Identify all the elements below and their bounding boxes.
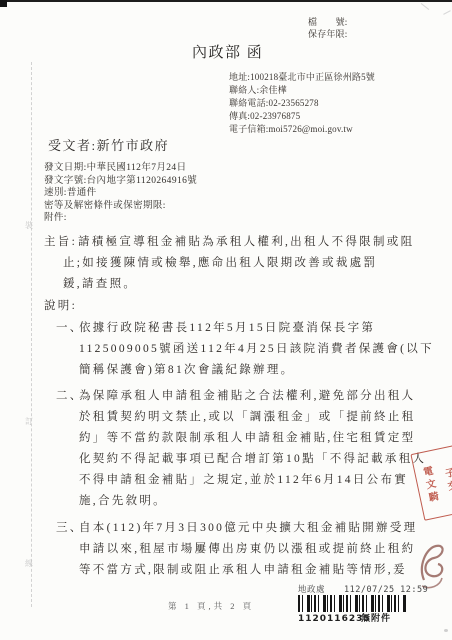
binding-mark-zhuang: 裝 (25, 220, 33, 231)
retention-period-label: 保存年限: (308, 29, 348, 39)
item-line: 等不當方式,限制或阻止承租人申請租金補貼等情形,爰 (79, 564, 407, 577)
stamp-text-column: 電文騎 (420, 465, 438, 505)
binding-fold-line (31, 62, 32, 607)
document-title: 內政部 函 (192, 45, 263, 62)
subject-line: 鍰,請查照。 (63, 278, 137, 291)
tracking-barcode (298, 595, 406, 612)
item-line: 化契約不得記載事項已配合增訂第10點「不得記載承租人 (79, 453, 426, 466)
item-line: 施,合先敘明。 (79, 495, 167, 508)
explanation-label: 說明: (44, 300, 77, 313)
recipient-line: 受文者:新竹市政府 (48, 139, 169, 154)
item-line: 依據行政院秘書長112年5月15日院臺消保長字第 (79, 322, 375, 335)
attachment-status: 無附件 (361, 614, 391, 624)
sender-contact-person: 聯絡人:余佳樺 (229, 85, 287, 95)
stamp-text-column: 子交 (442, 467, 452, 495)
pencil-mark (421, 3, 429, 10)
item-line: 自本(112)年7月3日300億元中央擴大租金補貼開辦受理 (79, 522, 417, 535)
electronic-document-seam-stamp: 子交 電文騎 (410, 445, 452, 521)
page-number-info: 第 1 頁,共 2 頁 (168, 602, 254, 612)
sender-fax: 傳真:02-23976875 (229, 111, 300, 121)
archive-file-no-label: 檔 號: (308, 17, 348, 27)
scan-corner-artifact (0, 0, 7, 7)
sender-phone: 聯絡電話:02-23565278 (229, 98, 319, 108)
pencil-mark (443, 10, 451, 15)
subject-line: 請積極宣導租金補貼為承租人權利,出租人不得限制或阻 (78, 236, 414, 249)
sender-email: 電子信箱:moi5726@moi.gov.tw (229, 124, 353, 134)
item-line: 於租賃契約明文禁止,或以「調漲租金」或「提前終止租 (79, 411, 415, 424)
sender-address: 地址:100218臺北市中正區徐州路5號 (229, 72, 375, 82)
binding-mark-xian: 線 (25, 558, 33, 569)
subject-label: 主旨: (44, 236, 77, 249)
doc-number-line: 發文字號:台內地字第1120264916號 (44, 176, 197, 187)
speed-class-line: 速別:普通件 (44, 188, 97, 199)
item-line: 約」等不當約款限制承租人申請租金補貼,住宅租賃定型 (79, 432, 415, 445)
item-line: 為保障承租人申請租金補貼之合法權利,避免部分出租人 (79, 390, 415, 403)
binding-mark-ding: 訂 (25, 416, 33, 427)
scan-top-edge-artifact (0, 0, 452, 2)
item-line: 不得申請租金補貼」之規定,並於112年6月14日公布實 (79, 474, 408, 487)
item-line: 申請以來,租屋市場屢傳出房東仍以漲租或提前終止租約 (79, 543, 415, 556)
item-line: 簡稱保護會)第81次會議紀錄辦理。 (79, 364, 294, 377)
scanned-official-letter: 裝 訂 線 檔 號: 保存年限: 內政部 函 地址:100218臺北市中正區徐州… (0, 0, 452, 640)
barcode-number: 1120116235 (298, 614, 371, 624)
scan-dot-artifact (444, 629, 448, 632)
item-line: 1125009005號函送112年4月25日該院消費者保護會(以下 (79, 343, 434, 356)
subject-line: 止;如接獲陳情或檢舉,應命出租人限期改善或裁處罰 (63, 257, 377, 270)
attachment-line: 附件: (44, 213, 67, 224)
security-class-line: 密等及解密條件或保密期限: (44, 201, 166, 212)
issue-date-line: 發文日期:中華民國112年7月24日 (44, 163, 187, 174)
